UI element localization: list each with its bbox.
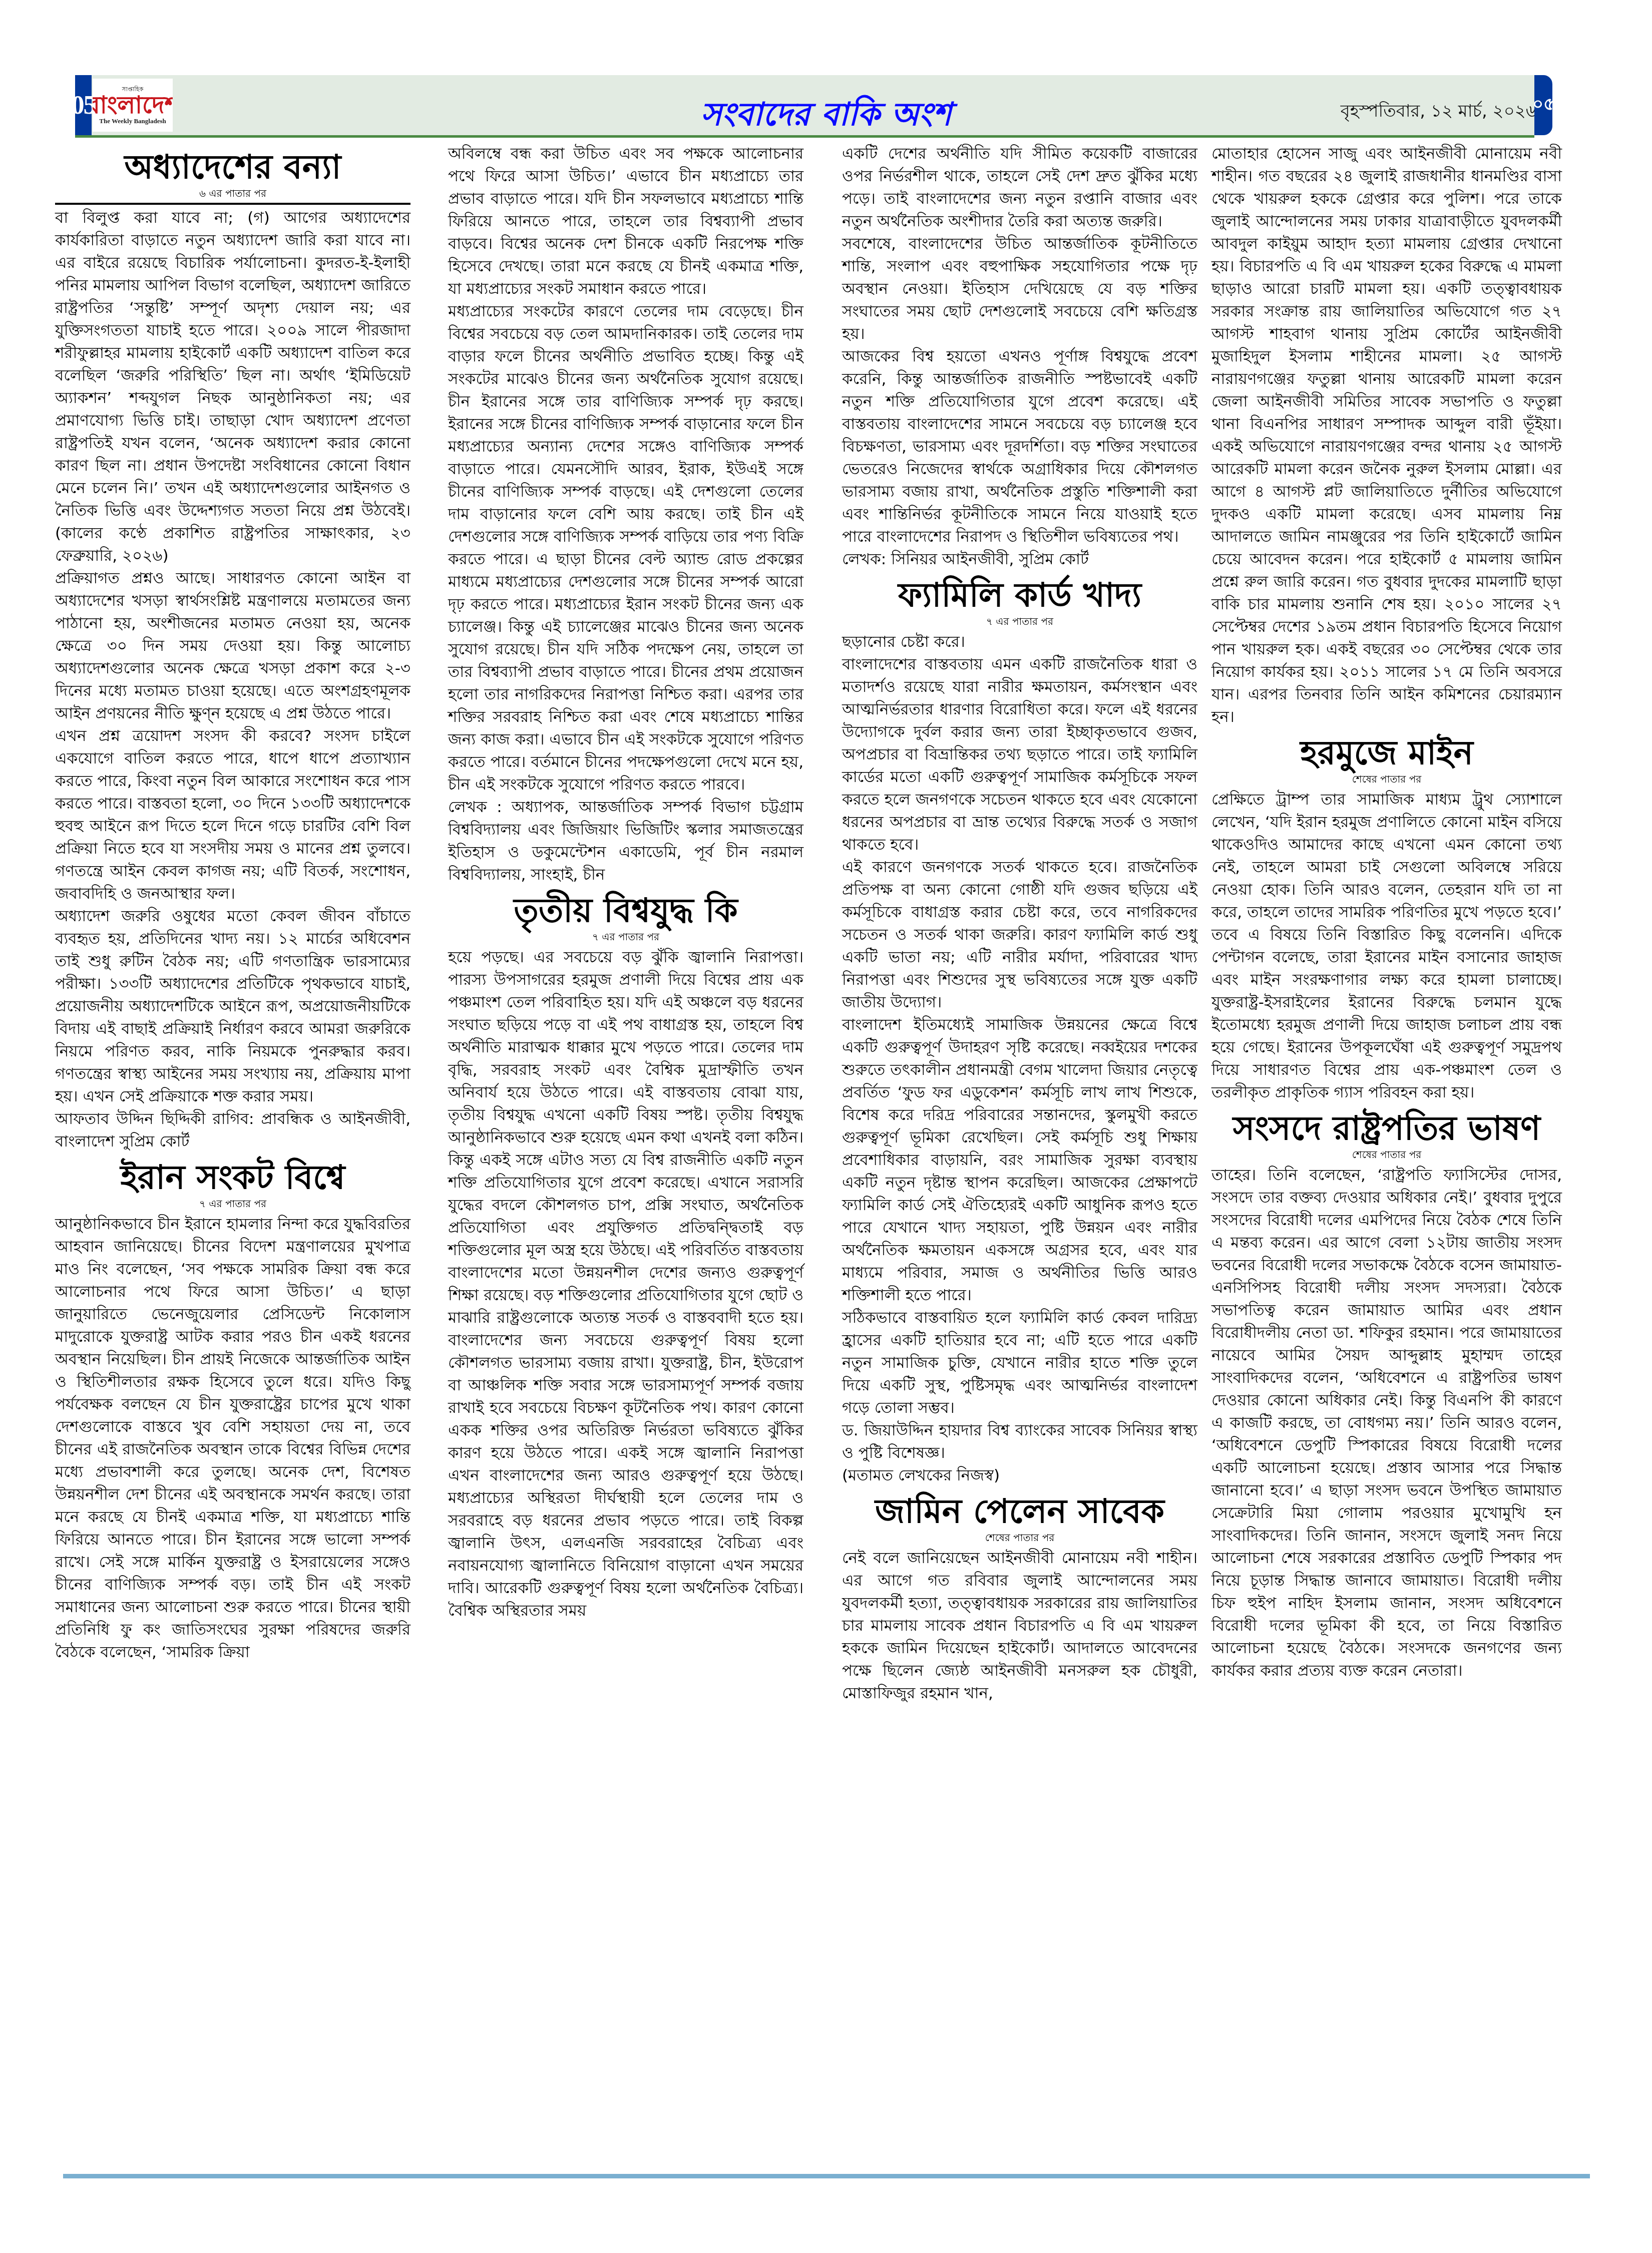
author-byline: ড. জিয়াউদ্দিন হায়দার বিশ্ব ব্যাংকের সা… [842, 1419, 1197, 1464]
article-paragraph: অবিলম্বে বন্ধ করা উচিত এবং সব পক্ষকে আলো… [448, 143, 803, 300]
article-paragraph: নেই বলে জানিয়েছেন আইনজীবী মোনায়েম নবী … [842, 1547, 1197, 1705]
article-paragraph: হয়ে পড়ছে। এর সবচেয়ে বড় ঝুঁকি জ্বালান… [448, 946, 803, 1622]
article-paragraph: বাংলাদেশের বাস্তবতায় এমন একটি রাজনৈতিক … [842, 653, 1197, 856]
article-paragraph: ছড়ানোর চেষ্টা করে। [842, 631, 1197, 653]
article-paragraph: একটি দেশের অর্থনীতি যদি সীমিত কয়েকটি বা… [842, 143, 1197, 233]
column-3: একটি দেশের অর্থনীতি যদি সীমিত কয়েকটি বা… [842, 143, 1197, 1705]
article-paragraph: মোতাহার হোসেন সাজু এবং আইনজীবী মোনায়েম … [1211, 143, 1562, 728]
issue-date: বৃহস্পতিবার, ১২ মার্চ, ২০২৬ [1216, 98, 1537, 127]
article-paragraph: মধ্যপ্রাচ্যের সংকটের কারণে তেলের দাম বেড… [448, 300, 803, 796]
article-paragraph: তাহের। তিনি বলেছেন, ‘রাষ্ট্রপতি ফ্যাসিস্… [1211, 1164, 1562, 1682]
continuation-note: ৭ এর পাতার পর [448, 930, 803, 943]
headline-rule [55, 203, 410, 205]
headline-bail[interactable]: জামিন পেলেন সাবেক [842, 1492, 1197, 1531]
headline-hormuz-mine[interactable]: হরমুজে মাইন [1211, 733, 1562, 773]
continuation-note: ৬ এর পাতার পর [55, 187, 410, 200]
continuation-note: শেষের পাতার পর [842, 1531, 1197, 1544]
article-paragraph: বা বিলুপ্ত করা যাবে না; (গ) আগের অধ্যাদে… [55, 207, 410, 567]
opinion-disclaimer: (মতামত লেখকের নিজস্ব) [842, 1464, 1197, 1487]
column-4: মোতাহার হোসেন সাজু এবং আইনজীবী মোনায়েম … [1211, 143, 1562, 1682]
footer-rule [63, 2174, 1590, 2178]
continuation-note: শেষের পাতার পর [1211, 1148, 1562, 1161]
continuation-note: ৭ এর পাতার পর [55, 1197, 410, 1210]
section-title: সংবাদের বাকি অংশ [551, 90, 1101, 144]
column-1: অধ্যাদেশের বন্যা ৬ এর পাতার পর বা বিলুপ্… [55, 143, 410, 1664]
headline-family-card[interactable]: ফ্যামিলি কার্ড খাদ্য [842, 576, 1197, 615]
author-byline: আফতাব উদ্দিন ছিদ্দিকী রাগিব: প্রাবন্ধিক … [55, 1108, 410, 1153]
newspaper-logo[interactable]: সাপ্তাহিক বাংলাদেশ The Weekly Bangladesh [93, 79, 173, 132]
author-byline: লেখক : অধ্যাপক, আন্তর্জাতিক সম্পর্ক বিভা… [448, 796, 803, 886]
page-number-right: ০৫ [1534, 75, 1552, 135]
article-paragraph: প্রক্রিয়াগত প্রশ্নও আছে। সাধারণত কোনো আ… [55, 567, 410, 725]
headline-president-speech[interactable]: সংসদে রাষ্ট্রপতির ভাষণ [1211, 1109, 1562, 1148]
headline-ww3[interactable]: তৃতীয় বিশ্বযুদ্ধ কি [448, 891, 803, 930]
page-number-left: 05 [75, 75, 92, 135]
article-paragraph: আনুষ্ঠানিকভাবে চীন ইরানে হামলার নিন্দা ক… [55, 1213, 410, 1664]
continuation-note: ৭ এর পাতার পর [842, 615, 1197, 628]
headline-iran-crisis[interactable]: ইরান সংকট বিশ্বে [55, 1158, 410, 1197]
article-paragraph: এখন প্রশ্ন ত্রয়োদশ সংসদ কী করবে? সংসদ চ… [55, 725, 410, 905]
article-paragraph: সবশেষে, বাংলাদেশের উচিত আন্তর্জাতিক কূটন… [842, 233, 1197, 345]
column-2: অবিলম্বে বন্ধ করা উচিত এবং সব পক্ষকে আলো… [448, 143, 803, 1622]
article-paragraph: সঠিকভাবে বাস্তবায়িত হলে ফ্যামিলি কার্ড … [842, 1307, 1197, 1419]
article-paragraph: আজকের বিশ্ব হয়তো এখনও পূর্ণাঙ্গ বিশ্বযু… [842, 345, 1197, 548]
article-paragraph: অধ্যাদেশ জরুরি ওষুধের মতো কেবল জীবন বাঁচ… [55, 905, 410, 1108]
logo-title: বাংলাদেশ [93, 93, 173, 117]
continuation-note: শেষের পাতার পর [1211, 773, 1562, 786]
article-paragraph: বাংলাদেশ ইতিমধ্যেই সামাজিক উন্নয়নের ক্ষ… [842, 1014, 1197, 1307]
headline-ordinance[interactable]: অধ্যাদেশের বন্যা [55, 148, 410, 187]
article-paragraph: প্রেক্ষিতে ট্রাম্প তার সামাজিক মাধ্যম ট্… [1211, 789, 1562, 1104]
author-byline: লেখক: সিনিয়র আইনজীবী, সুপ্রিম কোর্ট [842, 548, 1197, 571]
article-paragraph: এই কারণে জনগণকে সতর্ক থাকতে হবে। রাজনৈতি… [842, 856, 1197, 1014]
